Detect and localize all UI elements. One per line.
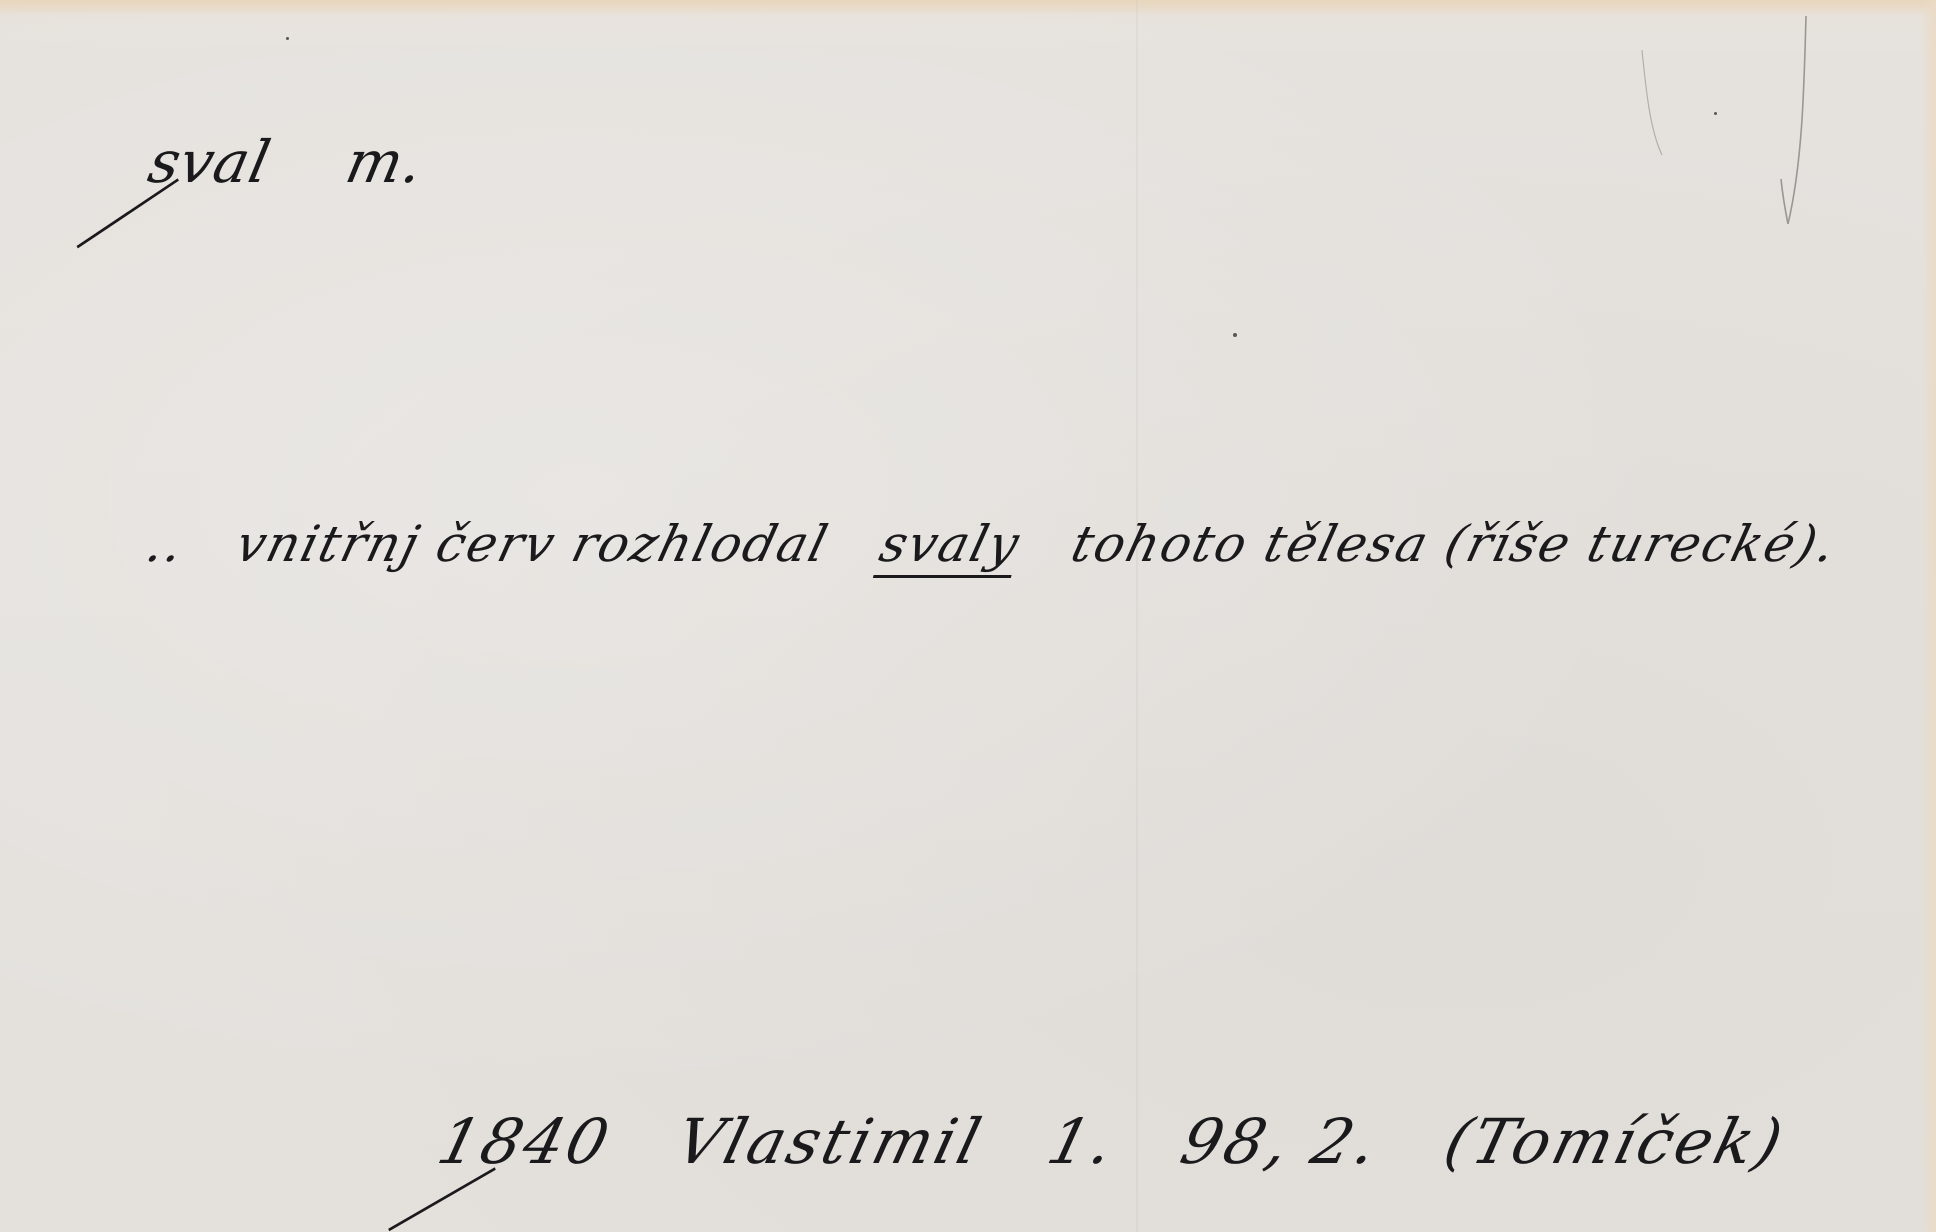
paper-speck bbox=[1233, 333, 1237, 337]
citation-prefix: .. bbox=[141, 515, 191, 573]
citation-line: .. vnitřnj červ rozhlodal svaly tohoto t… bbox=[141, 515, 1843, 573]
citation-text-before: vnitřnj červ rozhlodal bbox=[230, 515, 835, 573]
card-top-edge bbox=[0, 0, 1936, 14]
paper-speck bbox=[1714, 112, 1717, 115]
source-author: (Tomíček) bbox=[1438, 1105, 1793, 1178]
source-line: 1840 Vlastimil 1. 98, 2. (Tomíček) bbox=[431, 1105, 1793, 1178]
citation-keyword: svaly bbox=[874, 515, 1026, 573]
paper-fold-line bbox=[1136, 0, 1138, 1232]
source-volume: 1. bbox=[1041, 1105, 1124, 1178]
grammar-label: m. bbox=[340, 128, 430, 196]
pencil-mark bbox=[1640, 40, 1670, 160]
card-right-edge bbox=[1920, 0, 1936, 1232]
pencil-mark bbox=[1776, 14, 1816, 224]
source-title: Vlastimil bbox=[669, 1105, 991, 1178]
lead-stroke bbox=[77, 178, 179, 248]
index-card: sval m. .. vnitřnj červ rozhlodal svaly … bbox=[0, 0, 1936, 1232]
headword: sval bbox=[143, 128, 277, 196]
paper-speck bbox=[286, 37, 289, 40]
headword-line: sval m. bbox=[143, 128, 430, 196]
citation-text-after: tohoto tělesa (říše turecké). bbox=[1066, 515, 1843, 573]
source-year: 1840 bbox=[431, 1105, 619, 1178]
source-page: 98, 2. bbox=[1174, 1105, 1388, 1178]
